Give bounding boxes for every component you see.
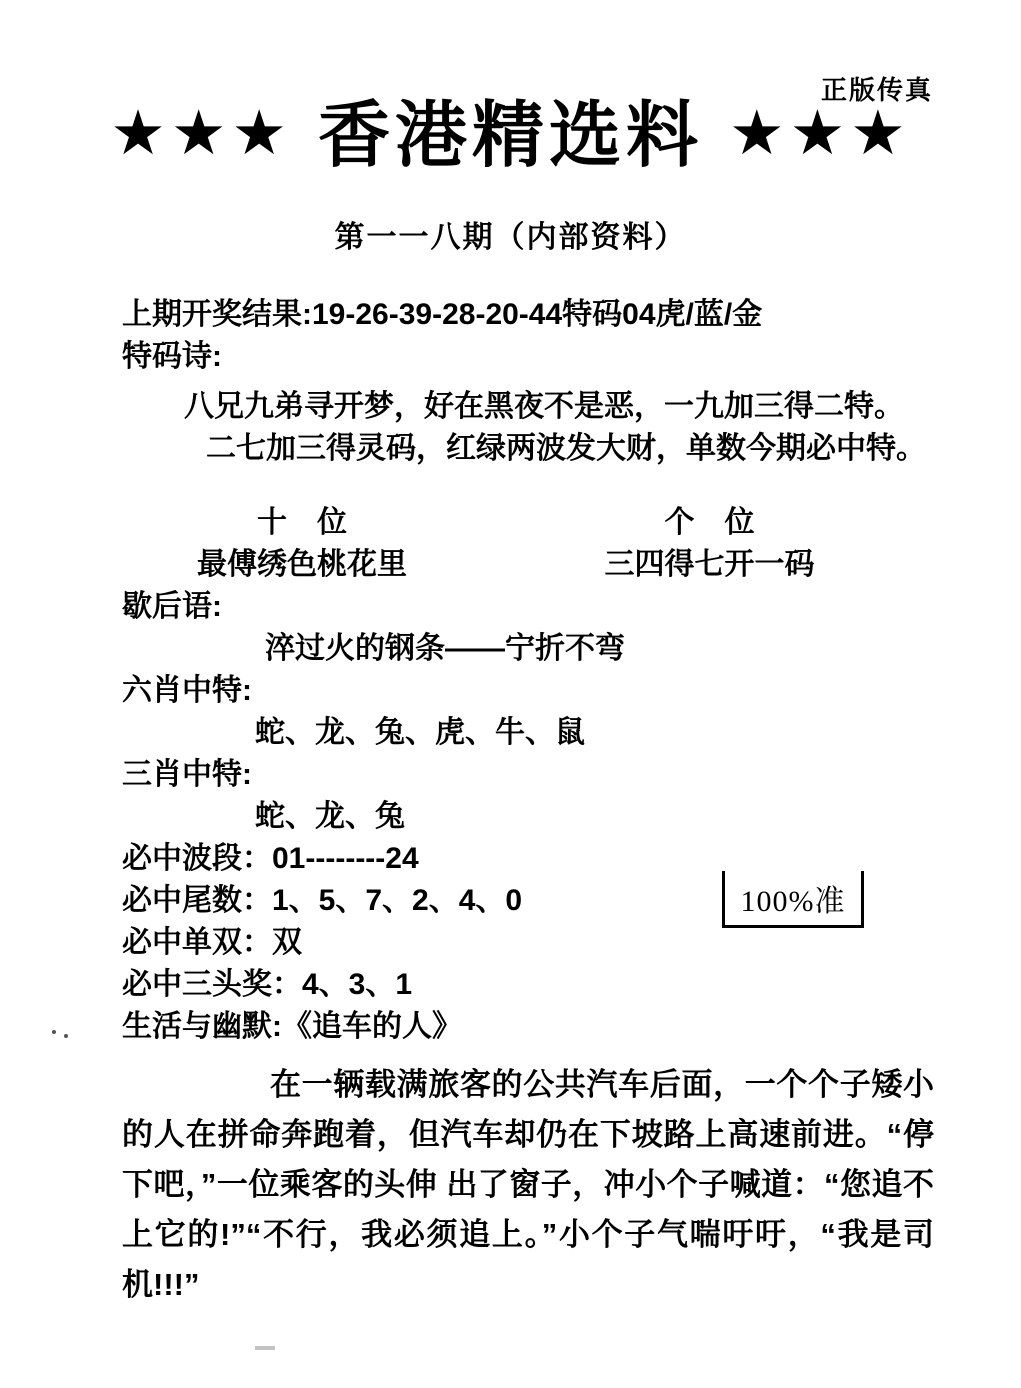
position-hints: 最傅绣色桃花里 三四得七开一码 — [122, 544, 937, 586]
ones-position-hint: 三四得七开一码 — [482, 544, 937, 586]
special-poem-label: 特码诗: — [122, 336, 937, 378]
six-zodiac-label: 六肖中特: — [122, 670, 937, 712]
heads-label: 必中三头奖： — [122, 968, 302, 1001]
humor-label: 生活与幽默: — [122, 1010, 282, 1043]
page-title: 香港精选料 — [318, 86, 703, 187]
fax-page: 正版传真 ★★★ 香港精选料 ★★★ 第一一八期（内部资料） 上期开奖结果:19… — [0, 0, 1021, 1388]
tails-value: 1、5、7、2、4、0 — [272, 884, 522, 917]
band-label: 必中波段： — [122, 842, 272, 875]
tails-label: 必中尾数： — [122, 884, 272, 917]
tens-position-header: 十 位 — [122, 502, 482, 544]
accuracy-badge-text: 100%准 — [741, 876, 846, 920]
ones-position-header: 个 位 — [482, 502, 937, 544]
last-result-value: 19-26-39-28-20-44特码04虎/蓝/金 — [312, 298, 762, 331]
band-value: 01--------24 — [272, 842, 419, 875]
tens-position-hint: 最傅绣色桃花里 — [122, 544, 482, 586]
humor-line: 生活与幽默:《追车的人》 — [122, 1006, 937, 1048]
accuracy-badge: 100%准 — [722, 871, 864, 928]
parity-value: 双 — [272, 926, 302, 959]
parity-label: 必中单双： — [122, 926, 272, 959]
stars-right-icon: ★★★ — [729, 86, 911, 182]
heads-line: 必中三头奖：4、3、1 — [122, 964, 937, 1006]
issue-line: 第一一八期（内部资料） — [0, 212, 1021, 256]
xiehouyu-label: 歇后语: — [122, 586, 937, 628]
scan-artifact-dot — [64, 1034, 68, 1038]
special-poem-line-1: 八兄九弟寻开梦，好在黑夜不是恶，一九加三得二特。 — [122, 386, 937, 428]
scan-artifact-dot — [52, 1030, 56, 1034]
special-poem-line-2: 二七加三得灵码，红绿两波发大财，单数今期必中特。 — [122, 428, 937, 470]
body-column: 上期开奖结果:19-26-39-28-20-44特码04虎/蓝/金 特码诗: 八… — [122, 294, 937, 1310]
humor-story-paragraph: 在一辆载满旅客的公共汽车后面，一个个子矮小的人在拼命奔跑着，但汽车却仍在下坡路上… — [122, 1060, 934, 1310]
last-result-line: 上期开奖结果:19-26-39-28-20-44特码04虎/蓝/金 — [122, 294, 937, 336]
xiehouyu-text: 淬过火的钢条——宁折不弯 — [122, 628, 937, 670]
heads-value: 4、3、1 — [302, 968, 412, 1001]
parity-line: 必中单双：双 — [122, 922, 937, 964]
three-zodiac-label: 三肖中特: — [122, 754, 937, 796]
humor-title: 《追车的人》 — [282, 1010, 462, 1043]
three-zodiac-value: 蛇、龙、兔 — [122, 796, 937, 838]
stars-left-icon: ★★★ — [110, 86, 292, 182]
six-zodiac-value: 蛇、龙、兔、虎、牛、鼠 — [122, 712, 937, 754]
scan-artifact-dash — [255, 1346, 275, 1350]
last-result-label: 上期开奖结果: — [122, 298, 312, 331]
position-headers: 十 位 个 位 — [122, 502, 937, 544]
title-row: ★★★ 香港精选料 ★★★ — [0, 86, 1021, 187]
